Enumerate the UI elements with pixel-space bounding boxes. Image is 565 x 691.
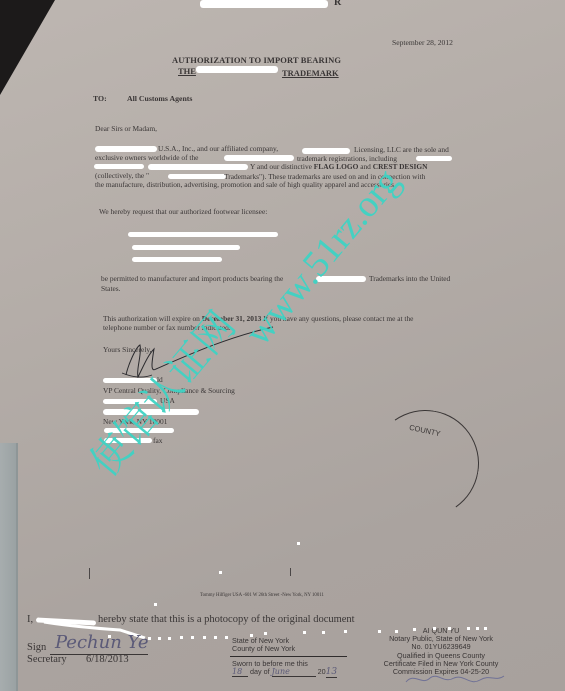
redaction: [95, 146, 157, 152]
day-label: day of: [250, 667, 270, 676]
text-line: (collectively, the ": [95, 171, 149, 180]
redaction: [200, 0, 328, 8]
text-line: be permitted to manufacturer and import …: [101, 274, 283, 283]
flag-logo-text: FLAG LOGO: [314, 162, 359, 171]
secretary-date: 6/18/2013: [86, 654, 129, 665]
letterhead-fragment: R: [334, 0, 341, 8]
text-line: States.: [101, 284, 121, 293]
text-line: Licensing, LLC are the sole and: [354, 145, 449, 154]
letter-title-line2-suffix: TRADEMARK: [282, 68, 339, 78]
text-span: Y and our distinctive: [250, 162, 312, 171]
text-line: U.S.A., Inc., and our affiliated company…: [158, 144, 278, 153]
day-value: 18: [232, 667, 248, 677]
salutation: Dear Sirs or Madam,: [95, 124, 157, 133]
divider: [230, 656, 347, 657]
redaction-licensee-street: [132, 245, 240, 250]
footer-address: Tommy Hilfiger USA -601 W 26th Street -N…: [200, 593, 324, 598]
to-label: TO:: [93, 94, 107, 103]
redaction: [416, 156, 452, 161]
redaction: [224, 155, 294, 161]
redaction: [94, 164, 144, 169]
county-line: County of New York: [232, 645, 295, 653]
handwritten-signature: Pechun Ye: [55, 632, 149, 653]
letter-title-line2-prefix: THE: [178, 66, 196, 76]
redaction-licensee-name: [128, 232, 278, 237]
background-corner: [0, 0, 55, 95]
year-value: 13: [326, 667, 337, 678]
letter-title: AUTHORIZATION TO IMPORT BEARING: [172, 55, 341, 65]
redaction: [148, 164, 248, 170]
document-page: [0, 0, 565, 691]
redaction: [168, 174, 226, 179]
year-prefix: 20: [318, 667, 326, 676]
cert-prefix: I,: [27, 614, 33, 625]
text-line: exclusive owners worldwide of the: [95, 153, 198, 162]
sign-label: Sign: [27, 642, 46, 653]
notary-signature: [400, 668, 510, 690]
fold-mark: [290, 568, 291, 576]
month-value: June: [272, 667, 316, 677]
redaction-licensee-city: [132, 257, 222, 262]
letter-date: September 28, 2012: [392, 38, 453, 47]
sworn-date: 18 day of June 2013: [232, 667, 337, 678]
text-line: Trademarks into the United: [369, 274, 450, 283]
licensee-request: We hereby request that our authorized fo…: [99, 207, 267, 216]
secretary-label: Secretary: [27, 654, 67, 665]
fold-mark: [89, 568, 90, 579]
redaction: [196, 66, 278, 73]
underlying-paper-edge: [0, 443, 18, 691]
jurisdiction: State of New York County of New York: [232, 637, 295, 653]
to-recipient: All Customs Agents: [127, 94, 192, 103]
